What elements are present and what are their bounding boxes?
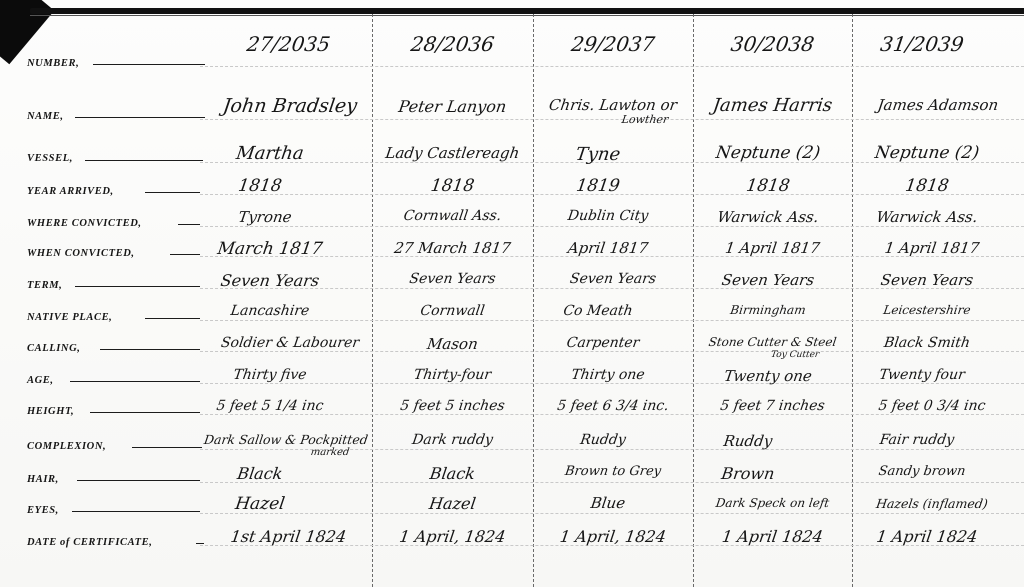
label-complexion: COMPLEXION,	[27, 441, 106, 452]
label-calling: CALLING,	[27, 343, 81, 354]
label-leader-line	[85, 160, 203, 161]
row-guide	[200, 513, 1024, 514]
row-guide	[200, 482, 1024, 483]
record-age: Thirty one	[532, 367, 684, 383]
top-border-rule	[30, 8, 1024, 14]
record-date-of-certificate: 1 April 1824	[851, 527, 1004, 546]
label-leader-line	[145, 192, 200, 193]
record-where-convicted: Warwick Ass.	[851, 208, 1004, 226]
top-border-rule-thin	[30, 15, 1024, 16]
record-hair: Sandy brown	[851, 464, 993, 479]
record-age: Thirty-four	[371, 367, 534, 383]
record-age: Twenty one	[692, 367, 845, 385]
record-number: 30/2038	[691, 32, 853, 56]
record-year-arrived: 1818	[692, 176, 845, 196]
record-number: 29/2037	[531, 32, 694, 56]
label-leader-line	[145, 318, 200, 319]
record-vessel: Neptune (2)	[851, 143, 1004, 163]
record-hair: Brown to Grey	[532, 464, 694, 479]
record-number: 31/2039	[850, 32, 993, 56]
record-year-arrived: 1819	[532, 176, 665, 196]
record-when-convicted: April 1817	[532, 239, 685, 257]
record-complexion: Ruddy	[532, 432, 674, 448]
record-eyes: Hazel	[371, 494, 535, 513]
record-calling: Soldier & Labourer	[204, 335, 376, 351]
record-year-arrived: 1818	[851, 176, 1004, 196]
record-term: Seven Years	[371, 271, 534, 287]
record-calling-note: Toy Cutter	[759, 350, 830, 360]
record-height: 5 feet 5 1/4 inc	[204, 398, 336, 414]
label-native-place: NATIVE PLACE,	[27, 312, 112, 323]
label-eyes: EYES,	[27, 505, 59, 516]
row-guide	[200, 383, 1024, 384]
record-date-of-certificate: 1 April, 1824	[371, 527, 535, 546]
record-height: 5 feet 0 3/4 inc	[851, 398, 1013, 414]
label-leader-line	[100, 349, 200, 350]
record-native-place: Leicestershire	[851, 303, 1003, 317]
label-leader-line	[170, 254, 200, 255]
record-when-convicted: 1 April 1817	[851, 239, 1014, 257]
register-page: NUMBER, NAME, VESSEL, YEAR ARRIVED, WHER…	[0, 0, 1024, 587]
record-hair: Black	[204, 464, 317, 483]
record-eyes: Hazels (inflamed)	[851, 496, 1013, 511]
record-height: 5 feet 7 inches	[692, 398, 853, 414]
record-native-place: Cornwall	[371, 303, 534, 319]
label-leader-line	[132, 447, 202, 448]
record-date-of-certificate: 1 April, 1824	[532, 527, 695, 546]
label-leader-line	[70, 381, 200, 382]
record-vessel: Martha	[204, 143, 337, 164]
record-where-convicted: Dublin City	[532, 208, 684, 224]
record-when-convicted: 1 April 1817	[692, 239, 854, 257]
row-guide	[200, 351, 1024, 352]
record-name: John Bradsley	[203, 95, 376, 117]
label-date-of-certificate: DATE of CERTIFICATE,	[27, 537, 153, 548]
label-vessel: VESSEL,	[27, 153, 73, 164]
label-year-arrived: YEAR ARRIVED,	[27, 186, 114, 197]
label-hair: HAIR,	[27, 474, 59, 485]
record-term: Seven Years	[532, 271, 694, 287]
record-vessel: Lady Castlereagh	[371, 144, 535, 162]
record-age: Thirty five	[204, 367, 336, 383]
label-height: HEIGHT,	[27, 406, 74, 417]
record-vessel: Neptune (2)	[692, 143, 845, 163]
label-number: NUMBER,	[27, 58, 79, 69]
row-guide	[200, 320, 1024, 321]
row-guide	[200, 414, 1024, 415]
record-native-place: Lancashire	[204, 303, 336, 319]
record-height: 5 feet 5 inches	[371, 398, 534, 414]
label-leader-line	[72, 511, 200, 512]
record-term: Seven Years	[692, 271, 845, 289]
row-guide	[200, 66, 1024, 67]
record-calling: Black Smith	[851, 335, 1003, 351]
record-calling: Stone Cutter & Steel	[692, 335, 853, 349]
record-eyes: Blue	[532, 494, 685, 512]
record-native-place: Birmingham	[692, 303, 844, 317]
record-when-convicted: 27 March 1817	[371, 239, 535, 257]
record-hair: Brown	[692, 464, 805, 483]
record-name: Peter Lanyon	[371, 97, 535, 116]
record-where-convicted: Cornwall Ass.	[371, 208, 534, 224]
label-age: AGE,	[27, 375, 54, 386]
record-complexion: Fair ruddy	[851, 432, 983, 448]
record-calling: Carpenter	[532, 335, 674, 351]
record-complexion: Ruddy	[692, 432, 805, 450]
row-guide	[200, 226, 1024, 227]
record-date-of-certificate: 1st April 1824	[204, 527, 374, 546]
record-name: James Harris	[692, 95, 854, 116]
label-leader-line	[178, 224, 200, 225]
label-where-convicted: WHERE CONVICTED,	[27, 218, 142, 229]
label-leader-line	[196, 543, 204, 544]
record-complexion: Dark ruddy	[371, 432, 534, 448]
label-leader-line	[77, 480, 200, 481]
record-when-convicted: March 1817	[204, 239, 337, 259]
record-eyes: Hazel	[204, 494, 317, 514]
record-term: Seven Years	[204, 271, 337, 290]
record-where-convicted: Tyrone	[204, 208, 327, 226]
label-leader-line	[90, 412, 200, 413]
record-complexion-note: marked	[289, 447, 371, 458]
record-name: Chris. Lawton or	[532, 96, 695, 114]
record-date-of-certificate: 1 April 1824	[692, 527, 854, 546]
label-name: NAME,	[27, 111, 64, 122]
record-eyes: Dark Speck on left	[692, 496, 853, 510]
record-vessel: Tyne	[532, 144, 665, 165]
record-where-convicted: Warwick Ass.	[692, 208, 845, 226]
record-native-place: Co Meath	[532, 303, 664, 319]
record-calling: Mason	[371, 335, 535, 353]
record-hair: Black	[371, 464, 535, 483]
label-leader-line	[75, 117, 205, 118]
label-when-convicted: WHEN CONVICTED,	[27, 248, 135, 259]
record-number: 28/2036	[370, 32, 534, 56]
record-height: 5 feet 6 3/4 inc.	[532, 398, 694, 414]
record-name: James Adamson	[851, 96, 1024, 114]
label-leader-line	[93, 64, 205, 65]
record-complexion: Dark Sallow & Pockpitted	[199, 432, 373, 447]
label-leader-line	[75, 286, 200, 287]
label-term: TERM,	[27, 280, 62, 291]
faint-margin-annotation	[168, 111, 185, 121]
record-year-arrived: 1818	[371, 176, 535, 196]
record-term: Seven Years	[851, 271, 1004, 289]
record-name-note: Lowther	[599, 113, 691, 126]
record-age: Twenty four	[851, 367, 993, 383]
record-number: 27/2035	[203, 32, 373, 56]
record-year-arrived: 1818	[204, 176, 317, 196]
